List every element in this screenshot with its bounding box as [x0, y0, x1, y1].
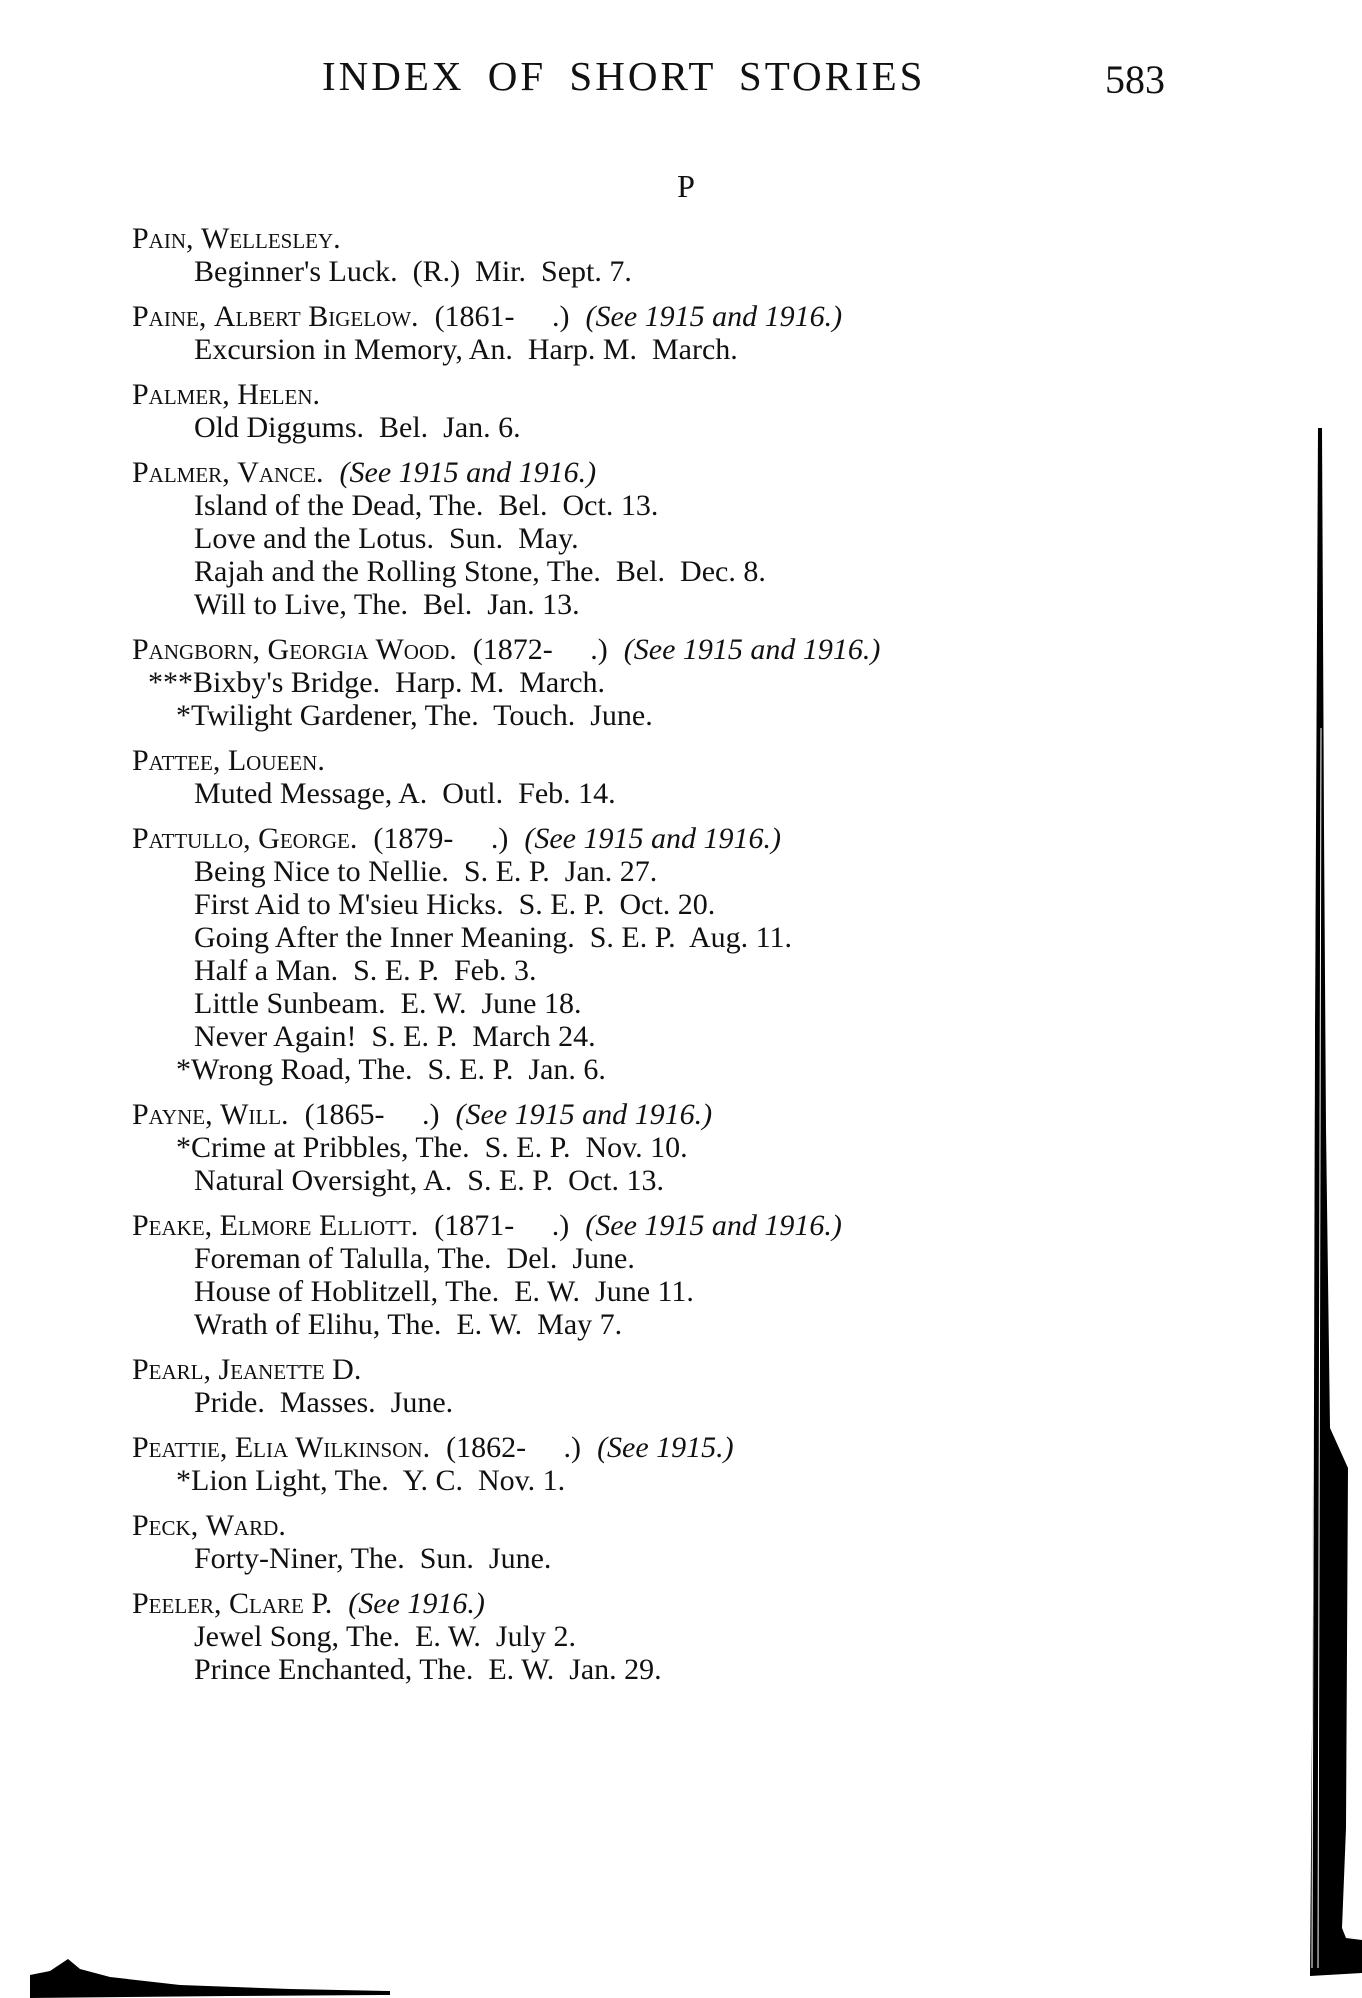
author-name: Palmer	[132, 456, 222, 489]
story-citation: Muted Message, A. Outl. Feb. 14.	[194, 777, 616, 810]
story-citation: Jewel Song, The. E. W. July 2.	[194, 1620, 576, 1653]
author-name: Pain	[132, 222, 186, 255]
index-entry: Paine, Albert Bigelow.(1861- .)(See 1915…	[132, 300, 1282, 366]
story-line: House of Hoblitzell, The. E. W. June 11.	[132, 1275, 1282, 1308]
author-given-name: Clare P.	[229, 1587, 332, 1620]
author-heading: Pattullo, George.(1879- .)(See 1915 and …	[132, 822, 1282, 855]
author-heading: Payne, Will.(1865- .)(See 1915 and 1916.…	[132, 1098, 1282, 1131]
story-citation: Island of the Dead, The. Bel. Oct. 13.	[194, 489, 658, 522]
story-citation: Natural Oversight, A. S. E. P. Oct. 13.	[194, 1164, 664, 1197]
story-line: Forty-Niner, The. Sun. June.	[132, 1542, 1282, 1575]
cross-reference-note: (See 1915 and 1916.)	[624, 633, 881, 666]
author-given-name: Jeanette D.	[219, 1353, 362, 1386]
cross-reference-note: (See 1915 and 1916.)	[340, 456, 597, 489]
author-heading: Peake, Elmore Elliott.(1871- .)(See 1915…	[132, 1209, 1282, 1242]
story-citation: Twilight Gardener, The. Touch. June.	[191, 699, 653, 732]
index-entry: Payne, Will.(1865- .)(See 1915 and 1916.…	[132, 1098, 1282, 1197]
distinction-stars: *	[176, 1464, 191, 1497]
cross-reference-note: (See 1915 and 1916.)	[586, 300, 843, 333]
author-given-name: Wellesley.	[201, 222, 341, 255]
index-entry: Peck, Ward.Forty-Niner, The. Sun. June.	[132, 1509, 1282, 1575]
story-line: Going After the Inner Meaning. S. E. P. …	[132, 921, 1282, 954]
author-name: Pearl	[132, 1353, 204, 1386]
index-entry: Pattee, Loueen.Muted Message, A. Outl. F…	[132, 744, 1282, 810]
story-line: Being Nice to Nellie. S. E. P. Jan. 27.	[132, 855, 1282, 888]
distinction-stars: *	[176, 1131, 191, 1164]
author-name: Palmer	[132, 378, 222, 411]
story-line: ***Bixby's Bridge. Harp. M. March.	[132, 666, 1282, 699]
author-name: Peattie	[132, 1431, 220, 1464]
story-line: Pride. Masses. June.	[132, 1386, 1282, 1419]
story-line: Love and the Lotus. Sun. May.	[132, 522, 1282, 555]
author-given-name: Elia Wilkinson.	[235, 1431, 430, 1464]
cross-reference-note: (See 1916.)	[348, 1587, 485, 1620]
index-entry: Peattie, Elia Wilkinson.(1862- .)(See 19…	[132, 1431, 1282, 1497]
author-heading: Peattie, Elia Wilkinson.(1862- .)(See 19…	[132, 1431, 1282, 1464]
cross-reference-note: (See 1915 and 1916.)	[456, 1098, 713, 1131]
cross-reference-note: (See 1915 and 1916.)	[524, 822, 781, 855]
story-citation: Bixby's Bridge. Harp. M. March.	[193, 666, 605, 699]
author-dates: (1871- .)	[434, 1209, 569, 1242]
author-given-name: Helen.	[237, 378, 320, 411]
story-line: *Twilight Gardener, The. Touch. June.	[132, 699, 1282, 732]
author-heading: Pearl, Jeanette D.	[132, 1353, 1282, 1386]
index-entry: Palmer, Vance.(See 1915 and 1916.)Island…	[132, 456, 1282, 621]
index-entry: Pattullo, George.(1879- .)(See 1915 and …	[132, 822, 1282, 1086]
author-name: Peck	[132, 1509, 191, 1542]
story-line: *Crime at Pribbles, The. S. E. P. Nov. 1…	[132, 1131, 1282, 1164]
story-citation: Little Sunbeam. E. W. June 18.	[194, 987, 581, 1020]
distinction-stars: *	[176, 1053, 191, 1086]
author-heading: Paine, Albert Bigelow.(1861- .)(See 1915…	[132, 300, 1282, 333]
author-name: Pattullo	[132, 822, 243, 855]
story-line: Jewel Song, The. E. W. July 2.	[132, 1620, 1282, 1653]
story-citation: Being Nice to Nellie. S. E. P. Jan. 27.	[194, 855, 657, 888]
author-given-name: Loueen.	[228, 744, 325, 777]
story-citation: Excursion in Memory, An. Harp. M. March.	[194, 333, 738, 366]
author-given-name: Georgia Wood.	[268, 633, 457, 666]
author-heading: Pattee, Loueen.	[132, 744, 1282, 777]
distinction-stars: ***	[148, 666, 193, 699]
author-heading: Peeler, Clare P.(See 1916.)	[132, 1587, 1282, 1620]
author-given-name: Ward.	[206, 1509, 286, 1542]
author-given-name: Albert Bigelow.	[214, 300, 419, 333]
story-citation: Never Again! S. E. P. March 24.	[194, 1020, 596, 1053]
author-name: Pattee	[132, 744, 213, 777]
author-name: Peeler	[132, 1587, 214, 1620]
page-edge-shadow	[1302, 428, 1362, 1976]
story-citation: House of Hoblitzell, The. E. W. June 11.	[194, 1275, 694, 1308]
story-line: Island of the Dead, The. Bel. Oct. 13.	[132, 489, 1282, 522]
cross-reference-note: (See 1915 and 1916.)	[585, 1209, 842, 1242]
author-given-name: Vance.	[237, 456, 323, 489]
story-line: Natural Oversight, A. S. E. P. Oct. 13.	[132, 1164, 1282, 1197]
author-heading: Peck, Ward.	[132, 1509, 1282, 1542]
story-line: Prince Enchanted, The. E. W. Jan. 29.	[132, 1653, 1282, 1686]
author-given-name: Will.	[220, 1098, 288, 1131]
story-citation: Foreman of Talulla, The. Del. June.	[194, 1242, 635, 1275]
distinction-stars: *	[176, 699, 191, 732]
story-citation: Lion Light, The. Y. C. Nov. 1.	[191, 1464, 565, 1497]
story-line: Beginner's Luck. (R.) Mir. Sept. 7.	[132, 255, 1282, 288]
page-number: 583	[1105, 56, 1165, 103]
story-line: Wrath of Elihu, The. E. W. May 7.	[132, 1308, 1282, 1341]
story-line: Foreman of Talulla, The. Del. June.	[132, 1242, 1282, 1275]
author-heading: Pangborn, Georgia Wood.(1872- .)(See 191…	[132, 633, 1282, 666]
story-citation: First Aid to M'sieu Hicks. S. E. P. Oct.…	[194, 888, 715, 921]
author-dates: (1861- .)	[435, 300, 570, 333]
story-citation: Forty-Niner, The. Sun. June.	[194, 1542, 551, 1575]
index-entry: Pangborn, Georgia Wood.(1872- .)(See 191…	[132, 633, 1282, 732]
author-name: Payne	[132, 1098, 205, 1131]
author-heading: Palmer, Vance.(See 1915 and 1916.)	[132, 456, 1282, 489]
author-name: Pangborn	[132, 633, 253, 666]
index-entry: Palmer, Helen.Old Diggums. Bel. Jan. 6.	[132, 378, 1282, 444]
author-given-name: George.	[258, 822, 357, 855]
index-entry: Pearl, Jeanette D.Pride. Masses. June.	[132, 1353, 1282, 1419]
author-name: Paine	[132, 300, 199, 333]
story-citation: Prince Enchanted, The. E. W. Jan. 29.	[194, 1653, 662, 1686]
bottom-scan-smudge	[30, 1955, 390, 1998]
story-citation: Wrath of Elihu, The. E. W. May 7.	[194, 1308, 622, 1341]
cross-reference-note: (See 1915.)	[597, 1431, 734, 1464]
author-given-name: Elmore Elliott.	[220, 1209, 419, 1242]
story-line: Little Sunbeam. E. W. June 18.	[132, 987, 1282, 1020]
author-heading: Pain, Wellesley.	[132, 222, 1282, 255]
index-entry: Peake, Elmore Elliott.(1871- .)(See 1915…	[132, 1209, 1282, 1341]
story-line: Muted Message, A. Outl. Feb. 14.	[132, 777, 1282, 810]
story-citation: Half a Man. S. E. P. Feb. 3.	[194, 954, 536, 987]
author-dates: (1862- .)	[446, 1431, 581, 1464]
index-entry: Peeler, Clare P.(See 1916.)Jewel Song, T…	[132, 1587, 1282, 1686]
story-line: Never Again! S. E. P. March 24.	[132, 1020, 1282, 1053]
story-line: Old Diggums. Bel. Jan. 6.	[132, 411, 1282, 444]
story-line: First Aid to M'sieu Hicks. S. E. P. Oct.…	[132, 888, 1282, 921]
author-name: Peake	[132, 1209, 205, 1242]
section-letter: P	[0, 168, 1362, 205]
author-heading: Palmer, Helen.	[132, 378, 1282, 411]
story-citation: Pride. Masses. June.	[194, 1386, 453, 1419]
story-citation: Going After the Inner Meaning. S. E. P. …	[194, 921, 792, 954]
index-list: Pain, Wellesley.Beginner's Luck. (R.) Mi…	[132, 222, 1282, 1698]
story-citation: Love and the Lotus. Sun. May.	[194, 522, 579, 555]
story-line: Half a Man. S. E. P. Feb. 3.	[132, 954, 1282, 987]
index-entry: Pain, Wellesley.Beginner's Luck. (R.) Mi…	[132, 222, 1282, 288]
story-citation: Beginner's Luck. (R.) Mir. Sept. 7.	[194, 255, 632, 288]
running-head: INDEX OF SHORT STORIES 583	[0, 52, 1362, 102]
story-citation: Wrong Road, The. S. E. P. Jan. 6.	[191, 1053, 606, 1086]
author-dates: (1865- .)	[305, 1098, 440, 1131]
story-line: Excursion in Memory, An. Harp. M. March.	[132, 333, 1282, 366]
story-line: Rajah and the Rolling Stone, The. Bel. D…	[132, 555, 1282, 588]
story-line: *Lion Light, The. Y. C. Nov. 1.	[132, 1464, 1282, 1497]
author-dates: (1879- .)	[373, 822, 508, 855]
story-citation: Crime at Pribbles, The. S. E. P. Nov. 10…	[191, 1131, 688, 1164]
story-line: Will to Live, The. Bel. Jan. 13.	[132, 588, 1282, 621]
author-dates: (1872- .)	[473, 633, 608, 666]
running-title: INDEX OF SHORT STORIES	[322, 52, 925, 100]
story-citation: Old Diggums. Bel. Jan. 6.	[194, 411, 521, 444]
story-citation: Will to Live, The. Bel. Jan. 13.	[194, 588, 580, 621]
story-line: *Wrong Road, The. S. E. P. Jan. 6.	[132, 1053, 1282, 1086]
story-citation: Rajah and the Rolling Stone, The. Bel. D…	[194, 555, 766, 588]
